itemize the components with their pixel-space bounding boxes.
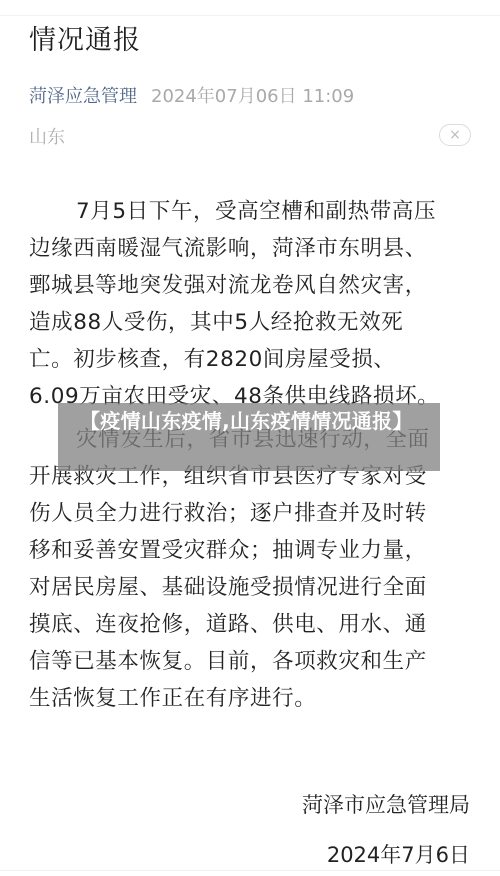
paragraph-1: 7月5日下午，受高空槽和副热带高压 边缘西南暖湿气流影响，菏泽市东明县、 鄄城县… (29, 193, 474, 415)
article-title: 情况通报 (29, 18, 141, 57)
text-line: 亡。初步核查，有2820间房屋受损、 (29, 341, 474, 378)
signature-organization: 菏泽市应急管理局 (302, 780, 470, 830)
close-icon: × (449, 127, 461, 143)
close-button[interactable]: × (439, 124, 471, 146)
text-line: 信等已基本恢复。目前，各项救灾和生产 (29, 643, 474, 680)
author-link[interactable]: 菏泽应急管理 (29, 82, 137, 108)
text-line: 造成88人受伤，其中5人经抢救无效死 (29, 304, 474, 341)
location-tag: 山东 (29, 123, 65, 149)
text-line: 摸底、连夜抢修，道路、供电、用水、通 (29, 606, 474, 643)
text-line: 对居民房屋、基础设施受损情况进行全面 (29, 569, 474, 606)
article-meta: 菏泽应急管理 2024年07月06日 11:09 (29, 82, 354, 108)
publish-time: 2024年07月06日 11:09 (151, 82, 354, 108)
caption-overlay: 【疫情山东疫情,山东疫情情况通报】 (58, 403, 440, 471)
text-line: 移和妥善安置受灾群众；抽调专业力量， (29, 532, 474, 569)
text-line: 生活恢复工作正在有序进行。 (29, 680, 474, 717)
text-line: 边缘西南暖湿气流影响，菏泽市东明县、 (29, 230, 474, 267)
top-divider (0, 15, 500, 16)
text-line: 7月5日下午，受高空槽和副热带高压 (29, 193, 474, 230)
signature-block: 菏泽市应急管理局 2024年7月6日 (302, 780, 470, 876)
bottom-divider (0, 870, 500, 871)
text-line: 伤人员全力进行救治；逐户排查并及时转 (29, 495, 474, 532)
text-line: 鄄城县等地突发强对流龙卷风自然灾害， (29, 267, 474, 304)
